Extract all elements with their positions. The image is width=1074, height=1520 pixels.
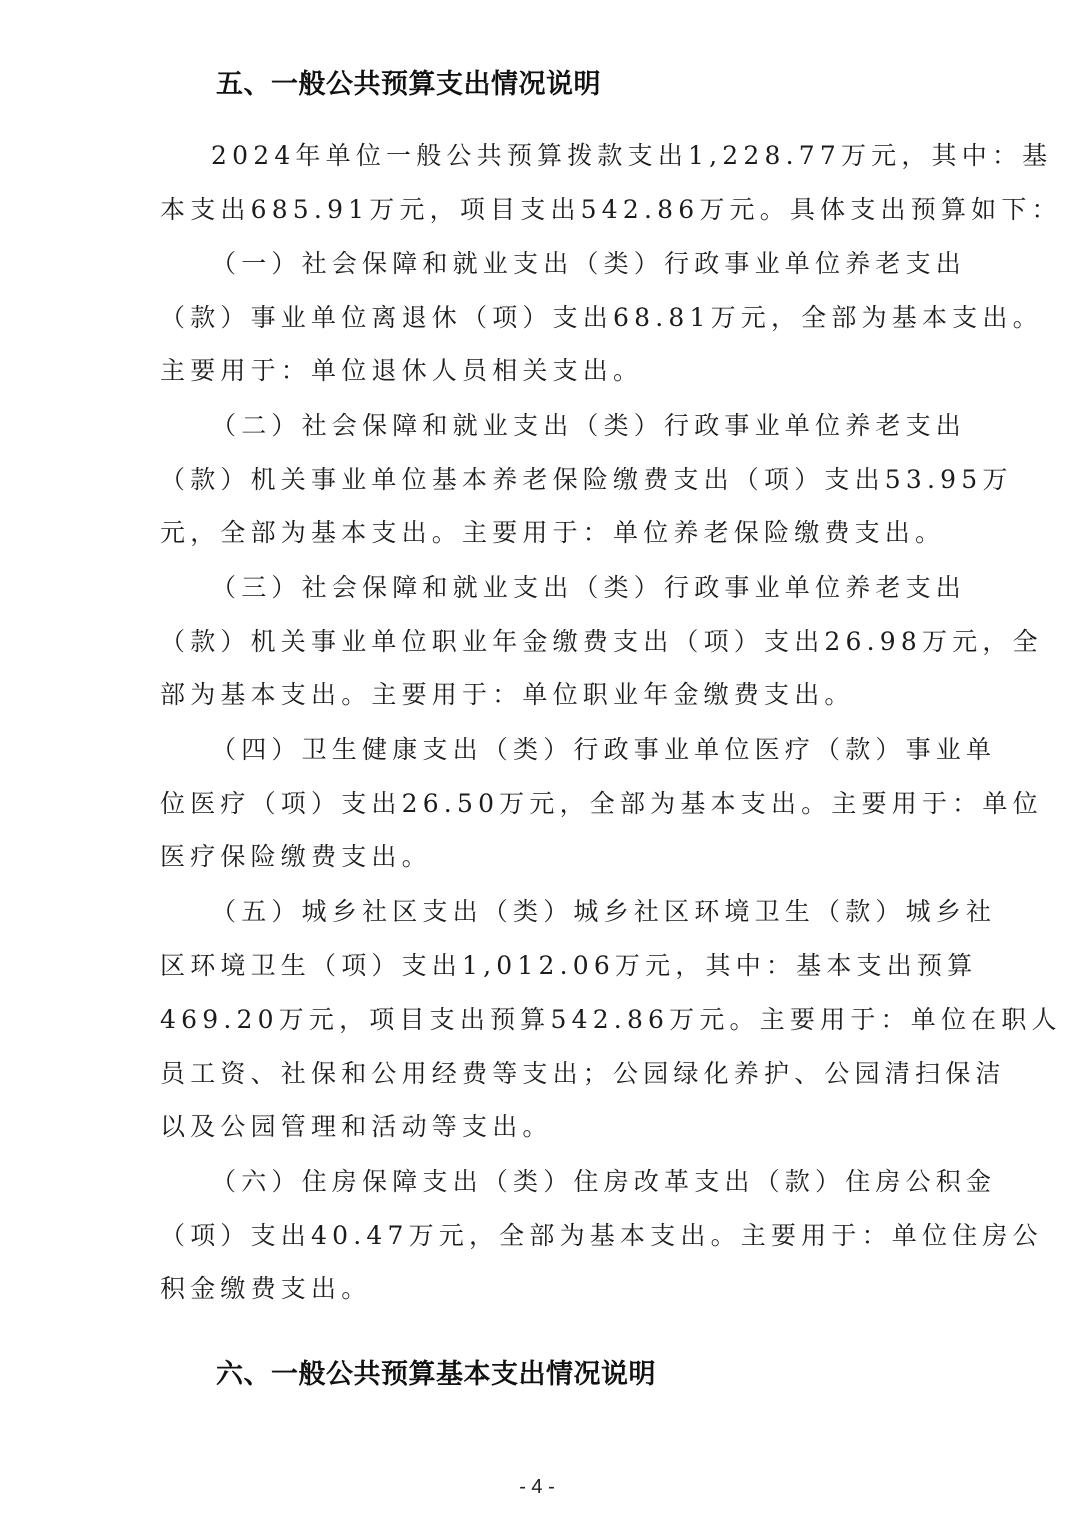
- item-5-line-5: 以及公园管理和活动等支出。: [160, 1111, 930, 1143]
- item-6-line-3: 积金缴费支出。: [160, 1273, 930, 1305]
- item-1-line-3: 主要用于：单位退休人员相关支出。: [160, 355, 930, 387]
- intro-line-1: 2024年单位一般公共预算拨款支出1,228.77万元，其中：基: [211, 140, 931, 172]
- section-5-heading: 五、一般公共预算支出情况说明: [216, 62, 601, 101]
- item-6-line-1: （六）住房保障支出（类）住房改革支出（款）住房公积金: [211, 1166, 931, 1198]
- item-1-line-1: （一）社会保障和就业支出（类）行政事业单位养老支出: [211, 248, 931, 280]
- item-5-line-4: 员工资、社保和公用经费等支出；公园绿化养护、公园清扫保洁: [160, 1058, 930, 1090]
- item-3-line-3: 部为基本支出。主要用于：单位职业年金缴费支出。: [160, 679, 930, 711]
- intro-line-2: 本支出685.91万元，项目支出542.86万元。具体支出预算如下：: [160, 194, 930, 226]
- item-4-line-1: （四）卫生健康支出（类）行政事业单位医疗（款）事业单: [211, 734, 931, 766]
- section-6-heading: 六、一般公共预算基本支出情况说明: [216, 1352, 656, 1391]
- page-number: - 4 -: [0, 1476, 1074, 1499]
- item-4-line-3: 医疗保险缴费支出。: [160, 841, 930, 873]
- item-2-line-3: 元，全部为基本支出。主要用于：单位养老保险缴费支出。: [160, 517, 930, 549]
- item-3-line-1: （三）社会保障和就业支出（类）行政事业单位养老支出: [211, 572, 931, 604]
- item-1-line-2: （款）事业单位离退休（项）支出68.81万元，全部为基本支出。: [160, 302, 930, 334]
- item-5-line-1: （五）城乡社区支出（类）城乡社区环境卫生（款）城乡社: [211, 896, 931, 928]
- item-4-line-2: 位医疗（项）支出26.50万元，全部为基本支出。主要用于：单位: [160, 788, 930, 820]
- item-3-line-2: （款）机关事业单位职业年金缴费支出（项）支出26.98万元，全: [160, 626, 930, 658]
- item-2-line-2: （款）机关事业单位基本养老保险缴费支出（项）支出53.95万: [160, 464, 930, 496]
- item-5-line-3: 469.20万元，项目支出预算542.86万元。主要用于：单位在职人: [160, 1004, 930, 1036]
- item-2-line-1: （二）社会保障和就业支出（类）行政事业单位养老支出: [211, 410, 931, 442]
- item-6-line-2: （项）支出40.47万元，全部为基本支出。主要用于：单位住房公: [160, 1220, 930, 1252]
- item-5-line-2: 区环境卫生（项）支出1,012.06万元，其中：基本支出预算: [160, 950, 930, 982]
- document-page: 五、一般公共预算支出情况说明 2024年单位一般公共预算拨款支出1,228.77…: [0, 0, 1074, 1520]
